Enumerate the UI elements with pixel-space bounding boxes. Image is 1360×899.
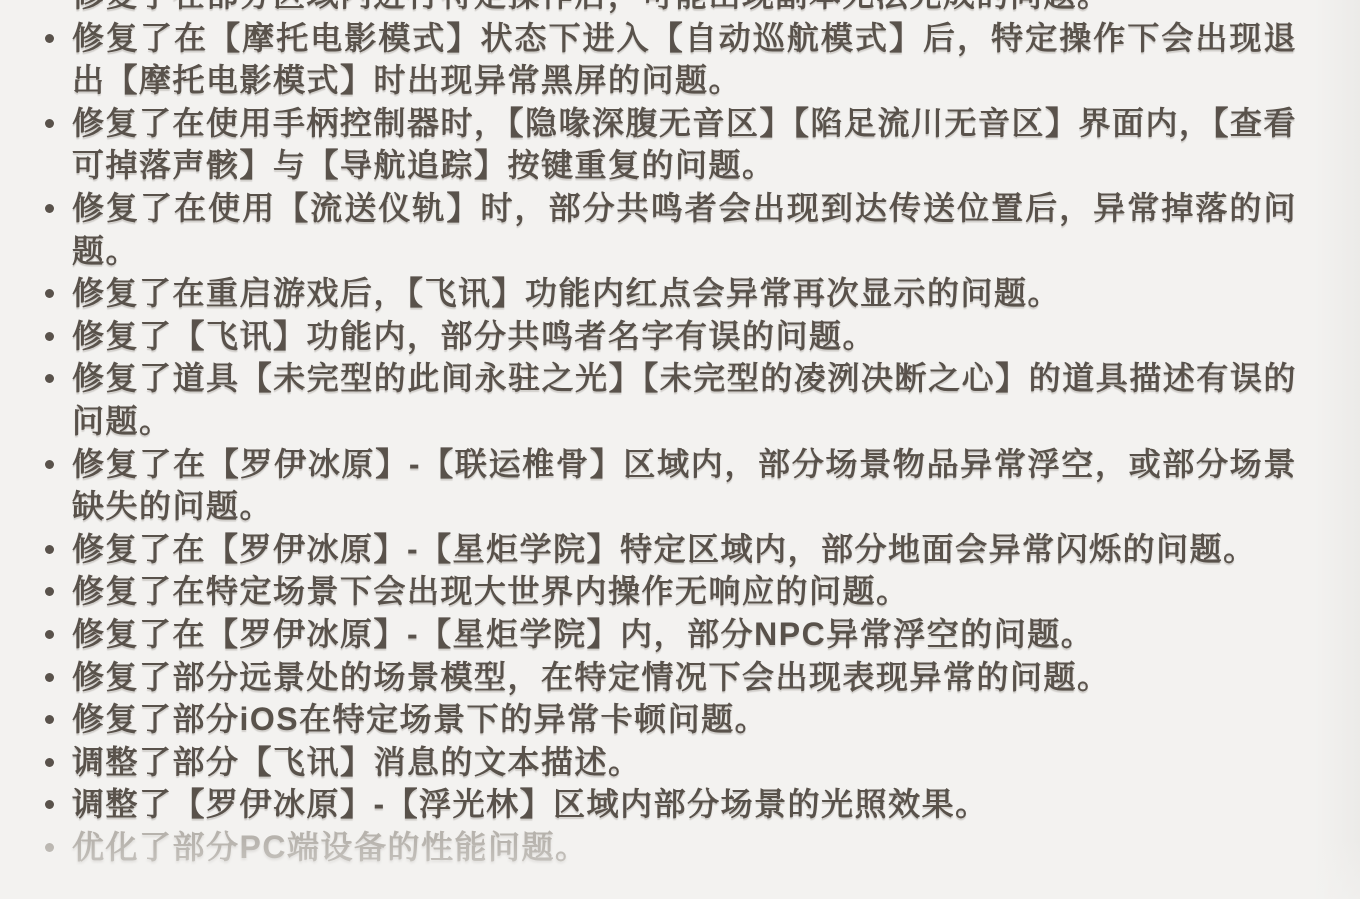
patch-notes-scroll-area[interactable]: 修复了在部分区域内进行特定操作后，可能出现副本无法完成的问题。修复了在【摩托电影… bbox=[0, 0, 1360, 899]
patch-notes-list: 修复了在部分区域内进行特定操作后，可能出现副本无法完成的问题。修复了在【摩托电影… bbox=[0, 0, 1360, 868]
patch-note-item: 调整了部分【飞讯】消息的文本描述。 bbox=[72, 741, 1297, 784]
patch-note-item: 调整了【罗伊冰原】-【浮光林】区域内部分场景的光照效果。 bbox=[72, 783, 1297, 826]
patch-note-item: 修复了在使用【流送仪轨】时，部分共鸣者会出现到达传送位置后，异常掉落的问题。 bbox=[72, 187, 1297, 272]
patch-note-item: 修复了【飞讯】功能内，部分共鸣者名字有误的问题。 bbox=[72, 315, 1297, 358]
patch-note-item: 修复了在重启游戏后，【飞讯】功能内红点会异常再次显示的问题。 bbox=[72, 272, 1297, 315]
patch-note-item: 修复了在使用手柄控制器时，【隐喙深腹无音区】【陷足流川无音区】界面内，【查看可掉… bbox=[72, 102, 1297, 187]
patch-note-item: 修复了在【摩托电影模式】状态下进入【自动巡航模式】后，特定操作下会出现退出【摩托… bbox=[72, 17, 1297, 102]
patch-note-item: 修复了道具【未完型的此间永驻之光】【未完型的凌洌决断之心】的道具描述有误的问题。 bbox=[72, 357, 1297, 442]
patch-note-item: 修复了部分远景处的场景模型，在特定情况下会出现表现异常的问题。 bbox=[72, 656, 1297, 699]
patch-note-item: 优化了部分PC端设备的性能问题。 bbox=[72, 826, 1297, 869]
patch-note-item: 修复了在【罗伊冰原】-【星炬学院】内，部分NPC异常浮空的问题。 bbox=[72, 613, 1297, 656]
patch-note-item: 修复了在【罗伊冰原】-【联运椎骨】区域内，部分场景物品异常浮空，或部分场景缺失的… bbox=[72, 443, 1297, 528]
patch-note-item: 修复了部分iOS在特定场景下的异常卡顿问题。 bbox=[72, 698, 1297, 741]
patch-notes-page: 修复了在部分区域内进行特定操作后，可能出现副本无法完成的问题。修复了在【摩托电影… bbox=[0, 0, 1360, 899]
patch-note-item-clipped: 修复了在部分区域内进行特定操作后，可能出现副本无法完成的问题。 bbox=[72, 0, 1297, 17]
patch-note-item: 修复了在【罗伊冰原】-【星炬学院】特定区域内，部分地面会异常闪烁的问题。 bbox=[72, 528, 1297, 571]
patch-note-item: 修复了在特定场景下会出现大世界内操作无响应的问题。 bbox=[72, 570, 1297, 613]
